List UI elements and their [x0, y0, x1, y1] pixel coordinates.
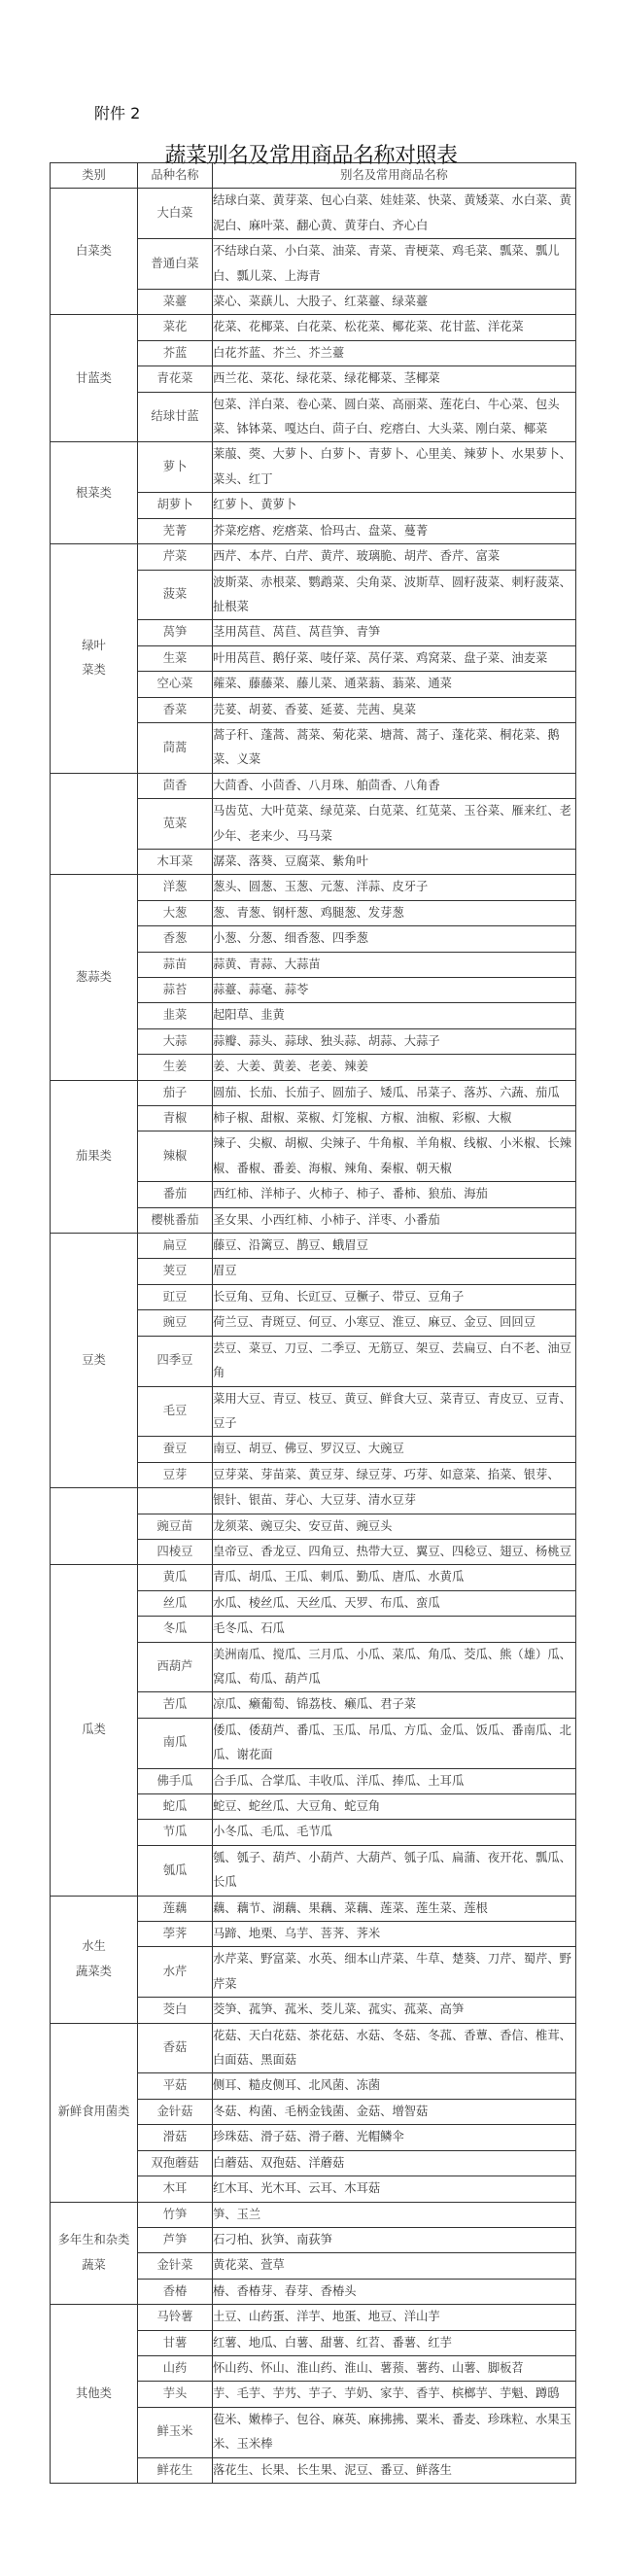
- variety-cell: 黄瓜: [138, 1565, 213, 1590]
- variety-cell: 樱桃番茄: [138, 1207, 213, 1233]
- aliases-cell: 葱头、圆葱、玉葱、元葱、洋蒜、皮牙子: [213, 875, 576, 900]
- variety-cell: 洋葱: [138, 875, 213, 900]
- aliases-cell: 花菜、花椰菜、白花菜、松花菜、椰花菜、花甘蓝、洋花菜: [213, 315, 576, 340]
- aliases-cell: 芸豆、菜豆、刀豆、二季豆、无筋豆、架豆、芸扁豆、白不老、油豆角: [213, 1336, 576, 1386]
- variety-cell: 水芹: [138, 1947, 213, 1998]
- aliases-cell: 蒿子秆、蓬蒿、蒿菜、菊花菜、塘蒿、蒿子、蓬花菜、桐花菜、鹅菜、义菜: [213, 722, 576, 773]
- aliases-cell: 西红柿、洋柿子、火柿子、柿子、番柿、狼茄、海茄: [213, 1182, 576, 1207]
- aliases-cell: 茎用莴苣、莴苣、莴苣笋、青笋: [213, 620, 576, 645]
- variety-cell: 金针菜: [138, 2253, 213, 2279]
- table-row: 水生 蔬菜类莲藕藕、藕节、湖藕、果藕、菜藕、莲菜、莲生菜、莲根: [51, 1896, 576, 1921]
- variety-cell: 马铃薯: [138, 2305, 213, 2330]
- category-cell: 水生 蔬菜类: [51, 1896, 138, 2023]
- variety-cell: 菜薹: [138, 290, 213, 315]
- variety-cell: 荚豆: [138, 1259, 213, 1284]
- category-cell: 豆类: [51, 1234, 138, 1488]
- aliases-cell: 落花生、长果、长生果、泥豆、番豆、鲜落生: [213, 2457, 576, 2483]
- variety-cell: 四棱豆: [138, 1539, 213, 1564]
- aliases-cell: 不结球白菜、小白菜、油菜、青菜、青梗菜、鸡毛菜、瓢菜、瓢儿白、瓢儿菜、上海青: [213, 239, 576, 290]
- variety-cell: 豌豆: [138, 1310, 213, 1336]
- aliases-cell: 豆芽菜、芽苗菜、黄豆芽、绿豆芽、巧芽、如意菜、掐菜、银芽、: [213, 1462, 576, 1487]
- aliases-cell: 茭笋、菰笋、菰米、茭儿菜、菰实、菰菜、高笋: [213, 1998, 576, 2023]
- aliases-cell: 西兰花、菜花、绿花菜、绿花椰菜、茎椰菜: [213, 366, 576, 392]
- header-variety: 品种名称: [138, 163, 213, 189]
- aliases-cell: 水瓜、棱丝瓜、天丝瓜、天罗、布瓜、蛮瓜: [213, 1590, 576, 1616]
- variety-cell: [138, 1488, 213, 1514]
- aliases-cell: 蒜黄、青蒜、大蒜苗: [213, 952, 576, 977]
- variety-cell: 韭菜: [138, 1003, 213, 1028]
- table-row: 白菜类大白菜结球白菜、黄芽菜、包心白菜、娃娃菜、快菜、黄矮菜、水白菜、黄泥白、麻…: [51, 189, 576, 239]
- category-cell: 绿叶 菜类: [51, 544, 138, 774]
- aliases-cell: 苞米、嫩棒子、包谷、麻英、麻拂拂、粟米、番麦、珍珠粒、水果玉米、玉米棒: [213, 2407, 576, 2457]
- variety-cell: 山药: [138, 2355, 213, 2381]
- table-body: 白菜类大白菜结球白菜、黄芽菜、包心白菜、娃娃菜、快菜、黄矮菜、水白菜、黄泥白、麻…: [51, 189, 576, 2484]
- variety-cell: 生姜: [138, 1055, 213, 1080]
- aliases-cell: 眉豆: [213, 1259, 576, 1284]
- aliases-cell: 龙须菜、豌豆尖、安豆苗、豌豆头: [213, 1514, 576, 1539]
- variety-cell: 芜菁: [138, 518, 213, 543]
- category-cell: 多年生和杂类 蔬菜: [51, 2202, 138, 2305]
- variety-cell: 菜花: [138, 315, 213, 340]
- aliases-cell: 潺菜、落葵、豆腐菜、紫角叶: [213, 849, 576, 874]
- variety-cell: 鲜花生: [138, 2457, 213, 2483]
- variety-cell: 茭白: [138, 1998, 213, 2023]
- aliases-cell: 红萝卜、黄萝卜: [213, 493, 576, 518]
- variety-cell: 鲜玉米: [138, 2407, 213, 2457]
- aliases-cell: 叶用莴苣、鹅仔菜、唛仔菜、莴仔菜、鸡窝菜、盘子菜、油麦菜: [213, 645, 576, 671]
- variety-cell: 四季豆: [138, 1336, 213, 1386]
- variety-cell: 大蒜: [138, 1028, 213, 1054]
- aliases-cell: 椿、香椿芽、春芽、香椿头: [213, 2279, 576, 2304]
- category-cell: [51, 773, 138, 875]
- variety-cell: 大葱: [138, 900, 213, 925]
- variety-cell: 香菜: [138, 697, 213, 722]
- variety-cell: 甘薯: [138, 2330, 213, 2355]
- variety-cell: 木耳菜: [138, 849, 213, 874]
- aliases-cell: 结球白菜、黄芽菜、包心白菜、娃娃菜、快菜、黄矮菜、水白菜、黄泥白、麻叶菜、翻心黄…: [213, 189, 576, 239]
- aliases-cell: 蕹菜、藤藤菜、藤儿菜、通菜蓊、蓊菜、通菜: [213, 672, 576, 697]
- variety-cell: 蛇瓜: [138, 1794, 213, 1820]
- aliases-cell: 芫荽、胡荽、香荽、延荽、芫茜、臭菜: [213, 697, 576, 722]
- table-row: 新鲜食用菌类香菇花菇、天白花菇、茶花菇、水菇、冬菇、冬菰、香蕈、香信、椎茸、白面…: [51, 2023, 576, 2073]
- aliases-cell: 合手瓜、合掌瓜、丰收瓜、洋瓜、捧瓜、土耳瓜: [213, 1768, 576, 1793]
- variety-cell: 芹菜: [138, 544, 213, 570]
- table-row: 银针、银苗、芽心、大豆芽、清水豆芽: [51, 1488, 576, 1514]
- header-aliases: 别名及常用商品名称: [213, 163, 576, 189]
- variety-cell: 青椒: [138, 1106, 213, 1131]
- variety-cell: 冬瓜: [138, 1617, 213, 1642]
- table-row: 多年生和杂类 蔬菜竹笋笋、玉兰: [51, 2202, 576, 2227]
- table-row: 根菜类萝卜莱菔、葖、大萝卜、白萝卜、青萝卜、心里美、辣萝卜、水果萝卜、菜头、红丁: [51, 442, 576, 493]
- table-row: 茄果类茄子圆茄、长茄、长茄子、圆茄子、矮瓜、吊菜子、落苏、六蔬、茄瓜: [51, 1080, 576, 1105]
- category-cell: 其他类: [51, 2305, 138, 2484]
- aliases-cell: 芋、毛芋、芋艿、芋子、芋奶、家芋、香芋、槟榔芋、芋魁、蹲鸱: [213, 2382, 576, 2407]
- table-row: 葱蒜类洋葱葱头、圆葱、玉葱、元葱、洋蒜、皮牙子: [51, 875, 576, 900]
- aliases-cell: 怀山药、怀山、淮山药、淮山、薯蓣、薯药、山薯、脚板苕: [213, 2355, 576, 2381]
- variety-cell: 苋菜: [138, 799, 213, 850]
- variety-cell: 结球甘蓝: [138, 392, 213, 442]
- table-row: 豆类扁豆藤豆、沿篱豆、鹊豆、蛾眉豆: [51, 1234, 576, 1259]
- aliases-cell: 柿子椒、甜椒、菜椒、灯笼椒、方椒、油椒、彩椒、大椒: [213, 1106, 576, 1131]
- aliases-cell: 圣女果、小西红柿、小柿子、洋枣、小番茄: [213, 1207, 576, 1233]
- aliases-cell: 土豆、山药蛋、洋芋、地蛋、地豆、洋山芋: [213, 2305, 576, 2330]
- aliases-cell: 红木耳、光木耳、云耳、木耳菇: [213, 2176, 576, 2202]
- variety-cell: 胡萝卜: [138, 493, 213, 518]
- aliases-cell: 葱、青葱、钢杆葱、鸡腿葱、发芽葱: [213, 900, 576, 925]
- aliases-cell: 菜用大豆、青豆、枝豆、黄豆、鲜食大豆、菜青豆、青皮豆、豆青、豆子: [213, 1386, 576, 1437]
- variety-cell: 菠菜: [138, 570, 213, 620]
- table-header-row: 类别 品种名称 别名及常用商品名称: [51, 163, 576, 189]
- variety-cell: 香椿: [138, 2279, 213, 2304]
- variety-cell: 竹笋: [138, 2202, 213, 2227]
- category-cell: [51, 1488, 138, 1565]
- aliases-cell: 皇帝豆、香龙豆、四角豆、热带大豆、翼豆、四稔豆、翅豆、杨桃豆: [213, 1539, 576, 1564]
- aliases-cell: 侧耳、糙皮侧耳、北风菌、冻菌: [213, 2073, 576, 2099]
- vegetable-alias-table: 类别 品种名称 别名及常用商品名称 白菜类大白菜结球白菜、黄芽菜、包心白菜、娃娃…: [50, 162, 576, 2484]
- aliases-cell: 凉瓜、癞葡萄、锦荔枝、癞瓜、君子菜: [213, 1692, 576, 1718]
- aliases-cell: 黄花菜、萱草: [213, 2253, 576, 2279]
- table-row: 其他类马铃薯土豆、山药蛋、洋芋、地蛋、地豆、洋山芋: [51, 2305, 576, 2330]
- aliases-cell: 银针、银苗、芽心、大豆芽、清水豆芽: [213, 1488, 576, 1514]
- header-category: 类别: [51, 163, 138, 189]
- aliases-cell: 白蘑菇、双孢菇、洋蘑菇: [213, 2150, 576, 2176]
- variety-cell: 普通白菜: [138, 239, 213, 290]
- category-cell: 瓜类: [51, 1565, 138, 1896]
- aliases-cell: 石刁柏、狄笋、南荻笋: [213, 2227, 576, 2252]
- category-cell: 新鲜食用菌类: [51, 2023, 138, 2202]
- aliases-cell: 藤豆、沿篱豆、鹊豆、蛾眉豆: [213, 1234, 576, 1259]
- variety-cell: 芦笋: [138, 2227, 213, 2252]
- variety-cell: 豆芽: [138, 1462, 213, 1487]
- variety-cell: 扁豆: [138, 1234, 213, 1259]
- aliases-cell: 起阳草、韭黄: [213, 1003, 576, 1028]
- variety-cell: 豇豆: [138, 1284, 213, 1309]
- category-cell: 葱蒜类: [51, 875, 138, 1080]
- variety-cell: 芋头: [138, 2382, 213, 2407]
- aliases-cell: 包菜、洋白菜、卷心菜、圆白菜、高丽菜、莲花白、牛心菜、包头菜、钵钵菜、嘎达白、茴…: [213, 392, 576, 442]
- variety-cell: 瓠瓜: [138, 1845, 213, 1896]
- aliases-cell: 花菇、天白花菇、茶花菇、水菇、冬菇、冬菰、香蕈、香信、椎茸、白面菇、黑面菇: [213, 2023, 576, 2073]
- aliases-cell: 笋、玉兰: [213, 2202, 576, 2227]
- aliases-cell: 蛇豆、蛇丝瓜、大豆角、蛇豆角: [213, 1794, 576, 1820]
- aliases-cell: 美洲南瓜、搅瓜、三月瓜、小瓜、菜瓜、角瓜、茭瓜、熊（雄）瓜、窝瓜、荀瓜、葫芦瓜: [213, 1642, 576, 1692]
- aliases-cell: 小葱、分葱、细香葱、四季葱: [213, 926, 576, 952]
- aliases-cell: 芥菜疙瘩、疙瘩菜、恰玛古、盘菜、蔓菁: [213, 518, 576, 543]
- variety-cell: 蒜苗: [138, 952, 213, 977]
- table-row: 瓜类黄瓜青瓜、胡瓜、王瓜、刺瓜、勤瓜、唐瓜、水黄瓜: [51, 1565, 576, 1590]
- variety-cell: 芥蓝: [138, 340, 213, 366]
- aliases-cell: 蒜瓣、蒜头、蒜球、独头蒜、胡蒜、大蒜子: [213, 1028, 576, 1054]
- variety-cell: 茴香: [138, 773, 213, 798]
- variety-cell: 丝瓜: [138, 1590, 213, 1616]
- variety-cell: 生菜: [138, 645, 213, 671]
- attachment-label: 附件 2: [94, 101, 140, 123]
- variety-cell: 辣椒: [138, 1131, 213, 1182]
- aliases-cell: 西芹、本芹、白芹、黄芹、玻璃脆、胡芹、香芹、富菜: [213, 544, 576, 570]
- aliases-cell: 姜、大姜、黄姜、老姜、辣姜: [213, 1055, 576, 1080]
- aliases-cell: 马齿苋、大叶苋菜、绿苋菜、白苋菜、红苋菜、玉谷菜、雁来红、老少年、老来少、马马菜: [213, 799, 576, 850]
- aliases-cell: 白花芥蓝、芥兰、芥兰薹: [213, 340, 576, 366]
- aliases-cell: 马蹄、地栗、乌芋、菩荠、荠米: [213, 1922, 576, 1947]
- aliases-cell: 毛冬瓜、石瓜: [213, 1617, 576, 1642]
- variety-cell: 香葱: [138, 926, 213, 952]
- aliases-cell: 水芹菜、野富菜、水英、细本山芹菜、牛草、楚葵、刀芹、蜀芹、野芹菜: [213, 1947, 576, 1998]
- variety-cell: 茼蒿: [138, 722, 213, 773]
- table-row: 茴香大茴香、小茴香、八月珠、舶茴香、八角香: [51, 773, 576, 798]
- variety-cell: 金针菇: [138, 2099, 213, 2124]
- aliases-cell: 红薯、地瓜、白薯、甜薯、红苕、番薯、红芋: [213, 2330, 576, 2355]
- aliases-cell: 瓠、瓠子、葫芦、小葫芦、大葫芦、瓠子瓜、扁蒲、夜开花、瓢瓜、长瓜: [213, 1845, 576, 1896]
- aliases-cell: 辣子、尖椒、胡椒、尖辣子、牛角椒、羊角椒、线椒、小米椒、长辣椒、番椒、番姜、海椒…: [213, 1131, 576, 1182]
- variety-cell: 青花菜: [138, 366, 213, 392]
- variety-cell: 双孢蘑菇: [138, 2150, 213, 2176]
- variety-cell: 毛豆: [138, 1386, 213, 1437]
- aliases-cell: 南豆、胡豆、佛豆、罗汉豆、大豌豆: [213, 1437, 576, 1462]
- variety-cell: 南瓜: [138, 1718, 213, 1768]
- variety-cell: 番茄: [138, 1182, 213, 1207]
- variety-cell: 滑菇: [138, 2125, 213, 2150]
- category-cell: 白菜类: [51, 189, 138, 315]
- aliases-cell: 荷兰豆、青斑豆、何豆、小寒豆、淮豆、麻豆、金豆、回回豆: [213, 1310, 576, 1336]
- variety-cell: 大白菜: [138, 189, 213, 239]
- aliases-cell: 倭瓜、倭葫芦、番瓜、玉瓜、吊瓜、方瓜、金瓜、饭瓜、番南瓜、北瓜、谢花面: [213, 1718, 576, 1768]
- aliases-cell: 菜心、菜蕻儿、大股子、红菜薹、绿菜薹: [213, 290, 576, 315]
- category-cell: 根菜类: [51, 442, 138, 544]
- variety-cell: 莴笋: [138, 620, 213, 645]
- variety-cell: 香菇: [138, 2023, 213, 2073]
- variety-cell: 蒜苔: [138, 978, 213, 1003]
- aliases-cell: 蒜薹、蒜毫、蒜苓: [213, 978, 576, 1003]
- variety-cell: 豌豆苗: [138, 1514, 213, 1539]
- variety-cell: 佛手瓜: [138, 1768, 213, 1793]
- aliases-cell: 莱菔、葖、大萝卜、白萝卜、青萝卜、心里美、辣萝卜、水果萝卜、菜头、红丁: [213, 442, 576, 493]
- aliases-cell: 大茴香、小茴香、八月珠、舶茴香、八角香: [213, 773, 576, 798]
- aliases-cell: 珍珠菇、滑子菇、滑子蘑、光帽鳞伞: [213, 2125, 576, 2150]
- aliases-cell: 长豆角、豆角、长豇豆、豆橛子、带豆、豆角子: [213, 1284, 576, 1309]
- variety-cell: 蚕豆: [138, 1437, 213, 1462]
- aliases-cell: 波斯菜、赤根菜、鹦鹉菜、尖角菜、波斯草、圆籽菠菜、刺籽菠菜、扯根菜: [213, 570, 576, 620]
- aliases-cell: 小冬瓜、毛瓜、毛节瓜: [213, 1820, 576, 1845]
- variety-cell: 节瓜: [138, 1820, 213, 1845]
- aliases-cell: 藕、藕节、湖藕、果藕、菜藕、莲菜、莲生菜、莲根: [213, 1896, 576, 1921]
- variety-cell: 空心菜: [138, 672, 213, 697]
- category-cell: 茄果类: [51, 1080, 138, 1233]
- aliases-cell: 青瓜、胡瓜、王瓜、刺瓜、勤瓜、唐瓜、水黄瓜: [213, 1565, 576, 1590]
- variety-cell: 茄子: [138, 1080, 213, 1105]
- aliases-cell: 冬菇、构菌、毛柄金钱菌、金菇、增智菇: [213, 2099, 576, 2124]
- variety-cell: 莲藕: [138, 1896, 213, 1921]
- table-row: 甘蓝类菜花花菜、花椰菜、白花菜、松花菜、椰花菜、花甘蓝、洋花菜: [51, 315, 576, 340]
- table-row: 绿叶 菜类芹菜西芹、本芹、白芹、黄芹、玻璃脆、胡芹、香芹、富菜: [51, 544, 576, 570]
- variety-cell: 平菇: [138, 2073, 213, 2099]
- variety-cell: 荸荠: [138, 1922, 213, 1947]
- aliases-cell: 圆茄、长茄、长茄子、圆茄子、矮瓜、吊菜子、落苏、六蔬、茄瓜: [213, 1080, 576, 1105]
- variety-cell: 西葫芦: [138, 1642, 213, 1692]
- variety-cell: 苦瓜: [138, 1692, 213, 1718]
- variety-cell: 木耳: [138, 2176, 213, 2202]
- category-cell: 甘蓝类: [51, 315, 138, 442]
- variety-cell: 萝卜: [138, 442, 213, 493]
